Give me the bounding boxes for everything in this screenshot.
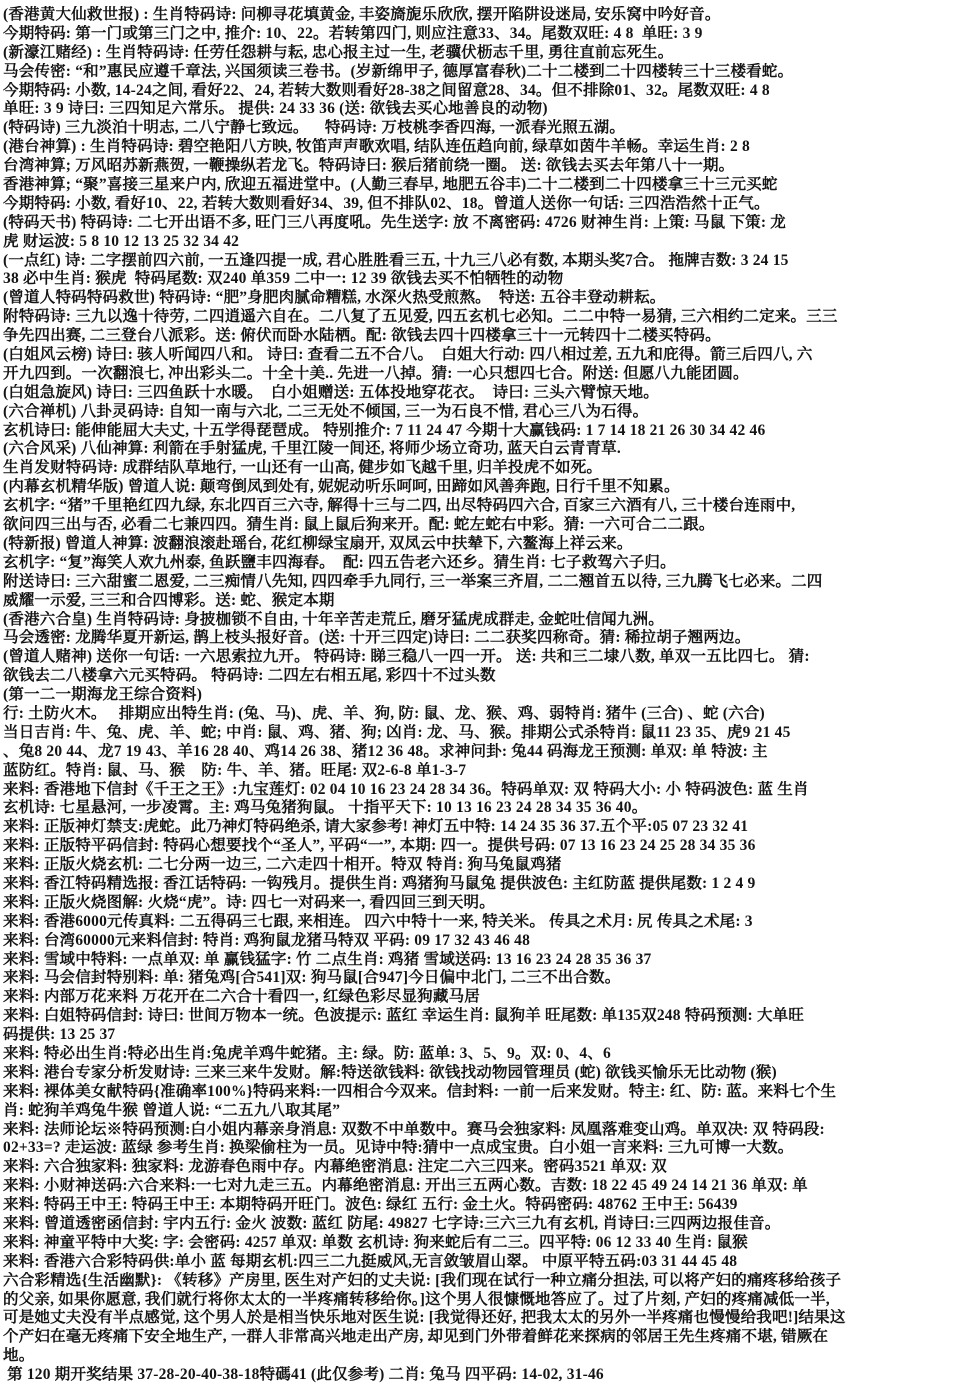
text-line: 来料: 雪域中特料: 一点单双: 单 赢钱猛字: 竹 二点生肖: 鸡猪 雪域送码… [3,951,954,970]
text-line: 来料: 正版神灯禁支:虎蛇。此乃神灯特码绝杀, 请大家参考! 神灯五中特: 14… [3,818,954,837]
text-line: (白姐风云榜) 诗曰: 骇人听闻四八和。 诗曰: 查看二五不合八。 白姐大行动:… [3,346,954,365]
text-line: 蓝防红。特肖: 鼠、马、猴 防: 牛、羊、猪。旺尾: 双2-6-8 单1-3-7 [3,762,954,781]
text-line: 行: 土防火木。 排期应出特生肖: (兔、马)、虎、羊、狗, 防: 鼠、龙、猴、… [3,705,954,724]
text-line: 来料: 香港6000元传真料: 二五得码三七跟, 来相连。 四六中特十一来, 特… [3,913,954,932]
text-line: 来料: 正版火烧图解: 火烧“虎”。诗: 四七一对码来一, 看四回三到天明。 [3,894,954,913]
text-line: 生肖发财特码诗: 成群结队草地行, 一山还有一山高, 健步如飞越千里, 归羊投虎… [3,459,954,478]
text-line: (特新报) 曾道人神算: 波翻浪滚赴瑶台, 花红柳绿宝扇开, 双凤云中扶辇下, … [3,535,954,554]
text-line: 香港神算; “聚”喜接三星来户内, 欣迎五福进堂中。(人勤三春早, 地肥五谷丰)… [3,176,954,195]
text-line: 争先四出赛, 二三登台八派彩。送: 俯伏而卧水陆栖。配: 欲钱去四十四楼拿三十一… [3,327,954,346]
text-line: 今期特码: 第一门或第三门之中, 推介: 10、22。若转第四门, 则应注意33… [3,25,954,44]
text-line: 威耀一示爱, 三三和合四博彩。送: 蛇、猴定本期 [3,592,954,611]
text-line: (一点红) 诗: 二字摆前四六前, 一五逢四提一成, 君心胜胜看三五, 十九三八… [3,252,954,271]
text-line: (六合禅机) 八卦灵码诗: 自知一南与六北, 二三无处不倾国, 三一为石良不惜,… [3,403,954,422]
text-line: 来料: 香港六合彩特码供:单小 蓝 每期玄机:四三二九挺威风,无言敛皱眉山翠。 … [3,1253,954,1272]
text-line: 来料: 小财神送码:六合来料:一七对九走三五。内幕绝密消息: 开出三五两心数。吉… [3,1177,954,1196]
text-line: (曾道人特码特码救世) 特码诗: “肥”身肥肉腻命糟糕, 水深火热受煎熬。 特送… [3,289,954,308]
text-line: 地。 [3,1347,954,1366]
text-line: 个产妇在毫无疼痛下安全地生产, 一群人非常高兴地走出产房, 却见到门外带着鲜花来… [3,1328,954,1347]
text-line: 玄机字: “复”海笑人欢九州泰, 鱼跃鹽丰四海春。 配: 四五告老六还乡。猜生肖… [3,554,954,573]
text-line: 单旺: 3 9 诗曰: 三四知足六常乐。 提供: 24 33 36 (送: 欲钱… [3,100,954,119]
text-line: 来料: 神童平特中大奖: 字: 会密码: 4257 单双: 单数 玄机诗: 狗来… [3,1234,954,1253]
text-line: 的父亲, 如果你愿意, 我们就行将你太太的一半疼痛转移给你。]这个男人很慷慨地答… [3,1291,954,1310]
text-line: 38 必中生肖: 猴虎 特码尾数: 双240 单359 二中一: 12 39 欲… [3,270,954,289]
text-line: 台湾神算; 万风昭苏新燕贺, 一鞭操纵若龙飞。特码诗曰: 猴后猪前绕一圈。 送:… [3,157,954,176]
text-line: 附送诗曰: 三六甜蜜二恩爱, 二三痴情八先知, 四四牵手九同行, 三一举案三齐眉… [3,573,954,592]
text-line: 来料: 内部万花来料 万花开在二六合十看四一, 红绿色彩尽显狗藏马居 [3,988,954,1007]
text-line: 来料: 法师论坛※特码预测:白小姐内幕亲身消息: 双数不中单数中。赛马会独家料:… [3,1121,954,1140]
text-line: 六合彩精选{生活幽默}: 《转移》产房里, 医生对产妇的丈夫说: [我们现在试行… [3,1272,954,1291]
text-line: 欲钱去二八楼拿六元买特码。 特码诗: 二四左右相五尾, 彩四十不过头数 [3,667,954,686]
text-line: (香港黄大仙救世报) : 生肖特码诗: 问柳寻花填黄金, 丰姿旖旎乐欣欣, 摆开… [3,6,954,25]
text-line: (六合风采) 八仙神算: 利箭在手射猛虎, 千里江陵一间还, 将师少场立奇功, … [3,440,954,459]
text-line: (新濠江赌经) : 生肖特码诗: 任劳任怨耕与耘, 忠心报主过一生, 老骥伏枥志… [3,44,954,63]
text-line: 来料: 特必出生肖:特必出生肖:兔虎羊鸡牛蛇猪。主: 绿。防: 蓝单: 3、5、… [3,1045,954,1064]
text-line: 来料: 裸体美女献特码{准确率100%}特码来料:一四相合今双来。信封料: 一前… [3,1083,954,1102]
text-line: (香港六合皇) 生肖特码诗: 身披枷锁不自由, 十年辛苦走荒丘, 磨牙猛虎成群走… [3,611,954,630]
text-line: 虎 财运波: 5 8 10 12 13 25 32 34 42 [3,233,954,252]
text-line: 玄机诗曰: 能伸能屈大夫丈, 十五学得琵琶成。 特别推介: 7 11 24 47… [3,422,954,441]
text-line: 来料: 白姐特码信封: 诗曰: 世间万物本一统。色波提示: 蓝红 幸运生肖: 鼠… [3,1007,954,1026]
text-line: 来料: 正版特平码信封: 特码心想要找个“圣人”, 平码“一”, 本期: 四一。… [3,837,954,856]
text-line: 02+33=? 走运波: 蓝绿 参考生肖: 换梁偷柱为一员。见诗中特:猜中一点成… [3,1139,954,1158]
text-line: 欲问四三出与否, 必看二七兼四四。猜生肖: 鼠上鼠后狗来开。配: 蛇左蛇右中彩。… [3,516,954,535]
text-line: (第一二一期海龙王综合资料) [3,686,954,705]
text-line: 来料: 六合独家料: 独家料: 龙游春色雨中存。内幕绝密消息: 注定二六三四来。… [3,1158,954,1177]
text-line: 来料: 台湾60000元来料信封: 特肖: 鸡狗鼠龙猪马特双 平码: 09 17… [3,932,954,951]
text-line: 当日吉肖: 牛、兔、虎、羊、蛇; 中肖: 鼠、鸡、猪、狗; 凶肖: 龙、马、猴。… [3,724,954,743]
text-line: (港台神算) : 生肖特码诗: 碧空艳阳八方映, 牧笛声声歌欢唱, 结队连伍趋向… [3,138,954,157]
text-line: 来料: 香江特码精选报: 香江话特码: 一钩残月。提供生肖: 鸡猪狗马鼠兔 提供… [3,875,954,894]
text-line: 玄机诗: 七星悬河, 一步凌霄。主: 鸡马兔猪狗鼠。 十指平天下: 10 13 … [3,799,954,818]
text-line: 、兔8 20 44、龙7 19 43、羊16 28 40、鸡14 26 38、猪… [3,743,954,762]
text-line: 马会传密: “和”惠民应遵千章法, 兴国须读三卷书。(岁新绵甲子, 德厚富春秋)… [3,63,954,82]
text-line: 来料: 港台专家分析发财诗: 三来三来牛发财。解:特送欲钱料: 欲钱找动物园管理… [3,1064,954,1083]
text-line: 来料: 特码王中王: 特码王中王: 本期特码开旺门。波色: 绿红 五行: 金土火… [3,1196,954,1215]
text-line: (特码天书) 特码诗: 二七开出语不多, 旺门三八再度吼。先生送字: 放 不离密… [3,214,954,233]
text-line: 来料: 香港地下信封《千王之王》:九宝莲灯: 02 04 10 16 23 24… [3,781,954,800]
text-line: 玄机字: “猪”千里艳红四九绿, 东北四百三六寺, 解得十三与二四, 出尽特码四… [3,497,954,516]
text-line: 今期特码: 小数, 看好10、22, 若转大数则看好34、39, 但不排队02、… [3,195,954,214]
text-line: (特码诗) 三九淡泊十明志, 二八宁静七致远。 特码诗: 万枝桃李香四海, 一派… [3,119,954,138]
text-line: 可是她丈夫没有半点感觉, 这个男人於是相当快乐地对医生说: [我觉得还好, 把我… [3,1309,954,1328]
text-line: (白姐急旋风) 诗曰: 三四鱼跃十水暖。 白小姐赠送: 五体投地穿花衣。 诗曰:… [3,384,954,403]
lottery-tip-sheet: (香港黄大仙救世报) : 生肖特码诗: 问柳寻花填黄金, 丰姿旖旎乐欣欣, 摆开… [0,0,956,1388]
text-line: 来料: 曾道透密函信封: 宇内五行: 金火 波数: 蓝红 防尾: 49827 七… [3,1215,954,1234]
text-line: (内幕玄机精华版) 曾道人说: 颠弯倒凤到处有, 妮妮动听乐呵呵, 田蹄如风善奔… [3,478,954,497]
text-line: 开九四到。一次翻浪七, 冲出彩头二。十全十美.. 先进一八掉。猜: 一心只想四七… [3,365,954,384]
text-line: (曾道人赌神) 送你一句话: 一六思索拉九开。 特码诗: 睇三稳八一四一开。 送… [3,648,954,667]
text-line: 来料: 正版火烧玄机: 二七分两一边三, 二六走四十相开。特双 特肖: 狗马兔鼠… [3,856,954,875]
text-line: 今期特码: 小数, 14-24之间, 看好22、24, 若转大数则看好28-38… [3,82,954,101]
text-line: 附特码诗: 三九以逸十待劳, 二四逍遥六自在。二八复了五见爱, 四五玄机七必知。… [3,308,954,327]
text-line: 码提供: 13 25 37 [3,1026,954,1045]
text-line: 来料: 马会信封特别料: 单: 猪兔鸡[合541]双: 狗马鼠[合947]今日偏… [3,969,954,988]
text-line: 第 120 期开奖结果 37-28-20-40-38-18特碼41 (此仅参考)… [3,1366,954,1385]
text-line: 肖: 蛇狗羊鸡兔牛猴 曾道人说: “二五九八取其尾” [3,1102,954,1121]
text-line: 马会透密: 龙腾华夏开新运, 鹊上枝头报好音。(送: 十开三四定)诗曰: 二二获… [3,629,954,648]
